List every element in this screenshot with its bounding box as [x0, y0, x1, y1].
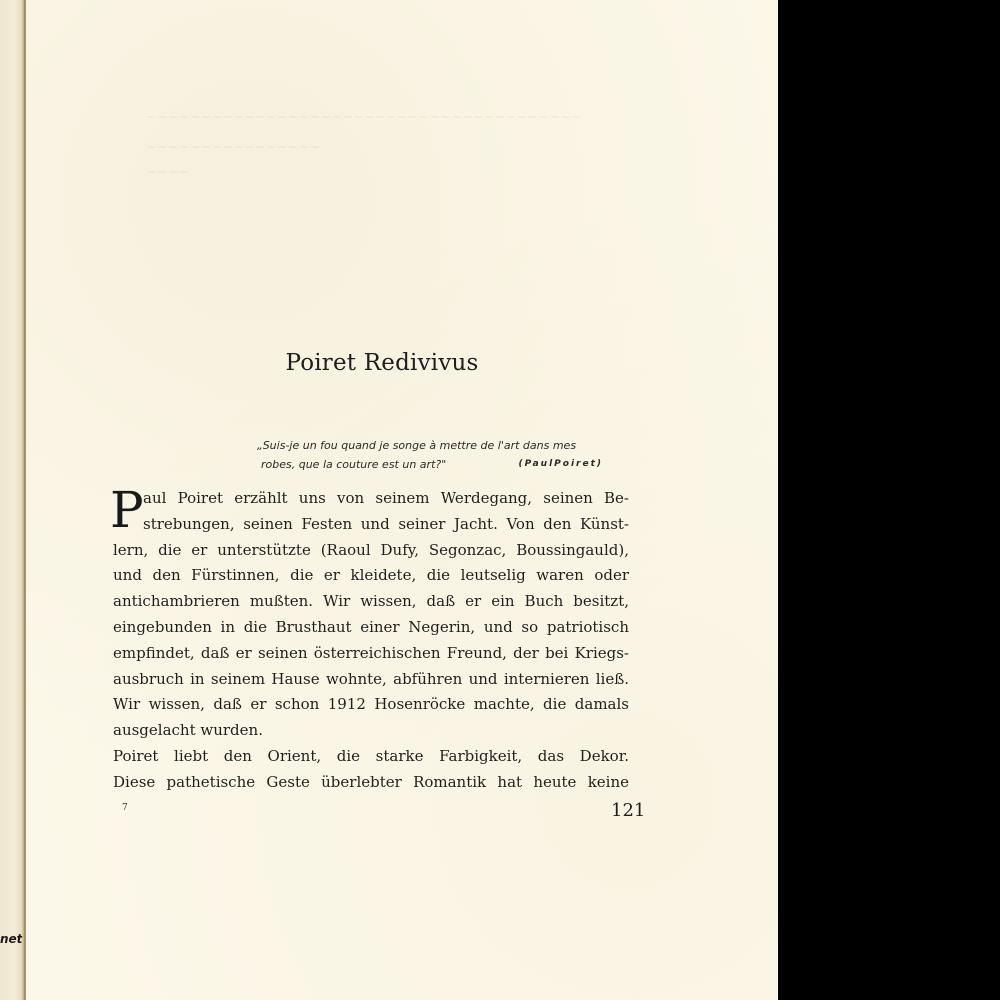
body-line: eingebunden in die Brusthaut einer Neger… — [113, 615, 629, 641]
body-line: lern, die er unterstützte (Raoul Dufy, S… — [113, 538, 629, 564]
left-page-text-fragment: net — [0, 932, 22, 946]
epigraph-line-1: „Suis-je un fou quand je songe à mettre … — [257, 436, 603, 455]
body-line: ausgelacht wurden. — [113, 718, 629, 744]
body-line: strebungen, seinen Festen und seiner Jac… — [113, 512, 629, 538]
show-through-text: ~~~~~~~~~~~~~~~~~~~~~~~~~~~~~~~~~~~~~~~~ — [146, 110, 582, 125]
body-line: empfindet, daß er seinen österreichische… — [113, 641, 629, 667]
body-text: P aul Poiret erzählt uns von seinem Werd… — [113, 486, 629, 796]
right-page: ~~~~~~~~~~~~~~~~~~~~~~~~~~~~~~~~~~~~~~~~… — [26, 0, 778, 1000]
book-scan: net ~~~~~~~~~~~~~~~~~~~~~~~~~~~~~~~~~~~~… — [0, 0, 1000, 1000]
body-line: Diese pathetische Geste überlebter Roman… — [113, 770, 629, 796]
body-line: antichambrieren mußten. Wir wissen, daß … — [113, 589, 629, 615]
drop-cap: P — [110, 485, 144, 535]
signature-mark: 7 — [122, 803, 128, 813]
epigraph: „Suis-je un fou quand je songe à mettre … — [257, 436, 603, 474]
body-line: aul Poiret erzählt uns von seinem Werdeg… — [113, 486, 629, 512]
epigraph-attribution: (PaulPoiret) — [518, 455, 603, 474]
body-line: Poiret liebt den Orient, die starke Farb… — [113, 744, 629, 770]
body-line: und den Fürstinnen, die er kleidete, die… — [113, 563, 629, 589]
epigraph-line-2-row: robes, que la couture est un art?" (Paul… — [257, 455, 603, 474]
body-line: Wir wissen, daß er schon 1912 Hosenröcke… — [113, 692, 629, 718]
left-page-edge: net — [0, 0, 24, 1000]
body-line: ausbruch in seinem Hause wohnte, abführe… — [113, 667, 629, 693]
show-through-text: ~~~~ — [146, 165, 190, 180]
chapter-title-text: Poiret Redivivus — [285, 350, 478, 376]
chapter-title: Poiret Redivivus — [26, 350, 778, 376]
show-through-text: ~~~~~~~~~~~~~~~~ — [146, 140, 320, 155]
page-number: 121 — [611, 800, 645, 821]
epigraph-line-2: robes, que la couture est un art?" — [261, 455, 446, 474]
